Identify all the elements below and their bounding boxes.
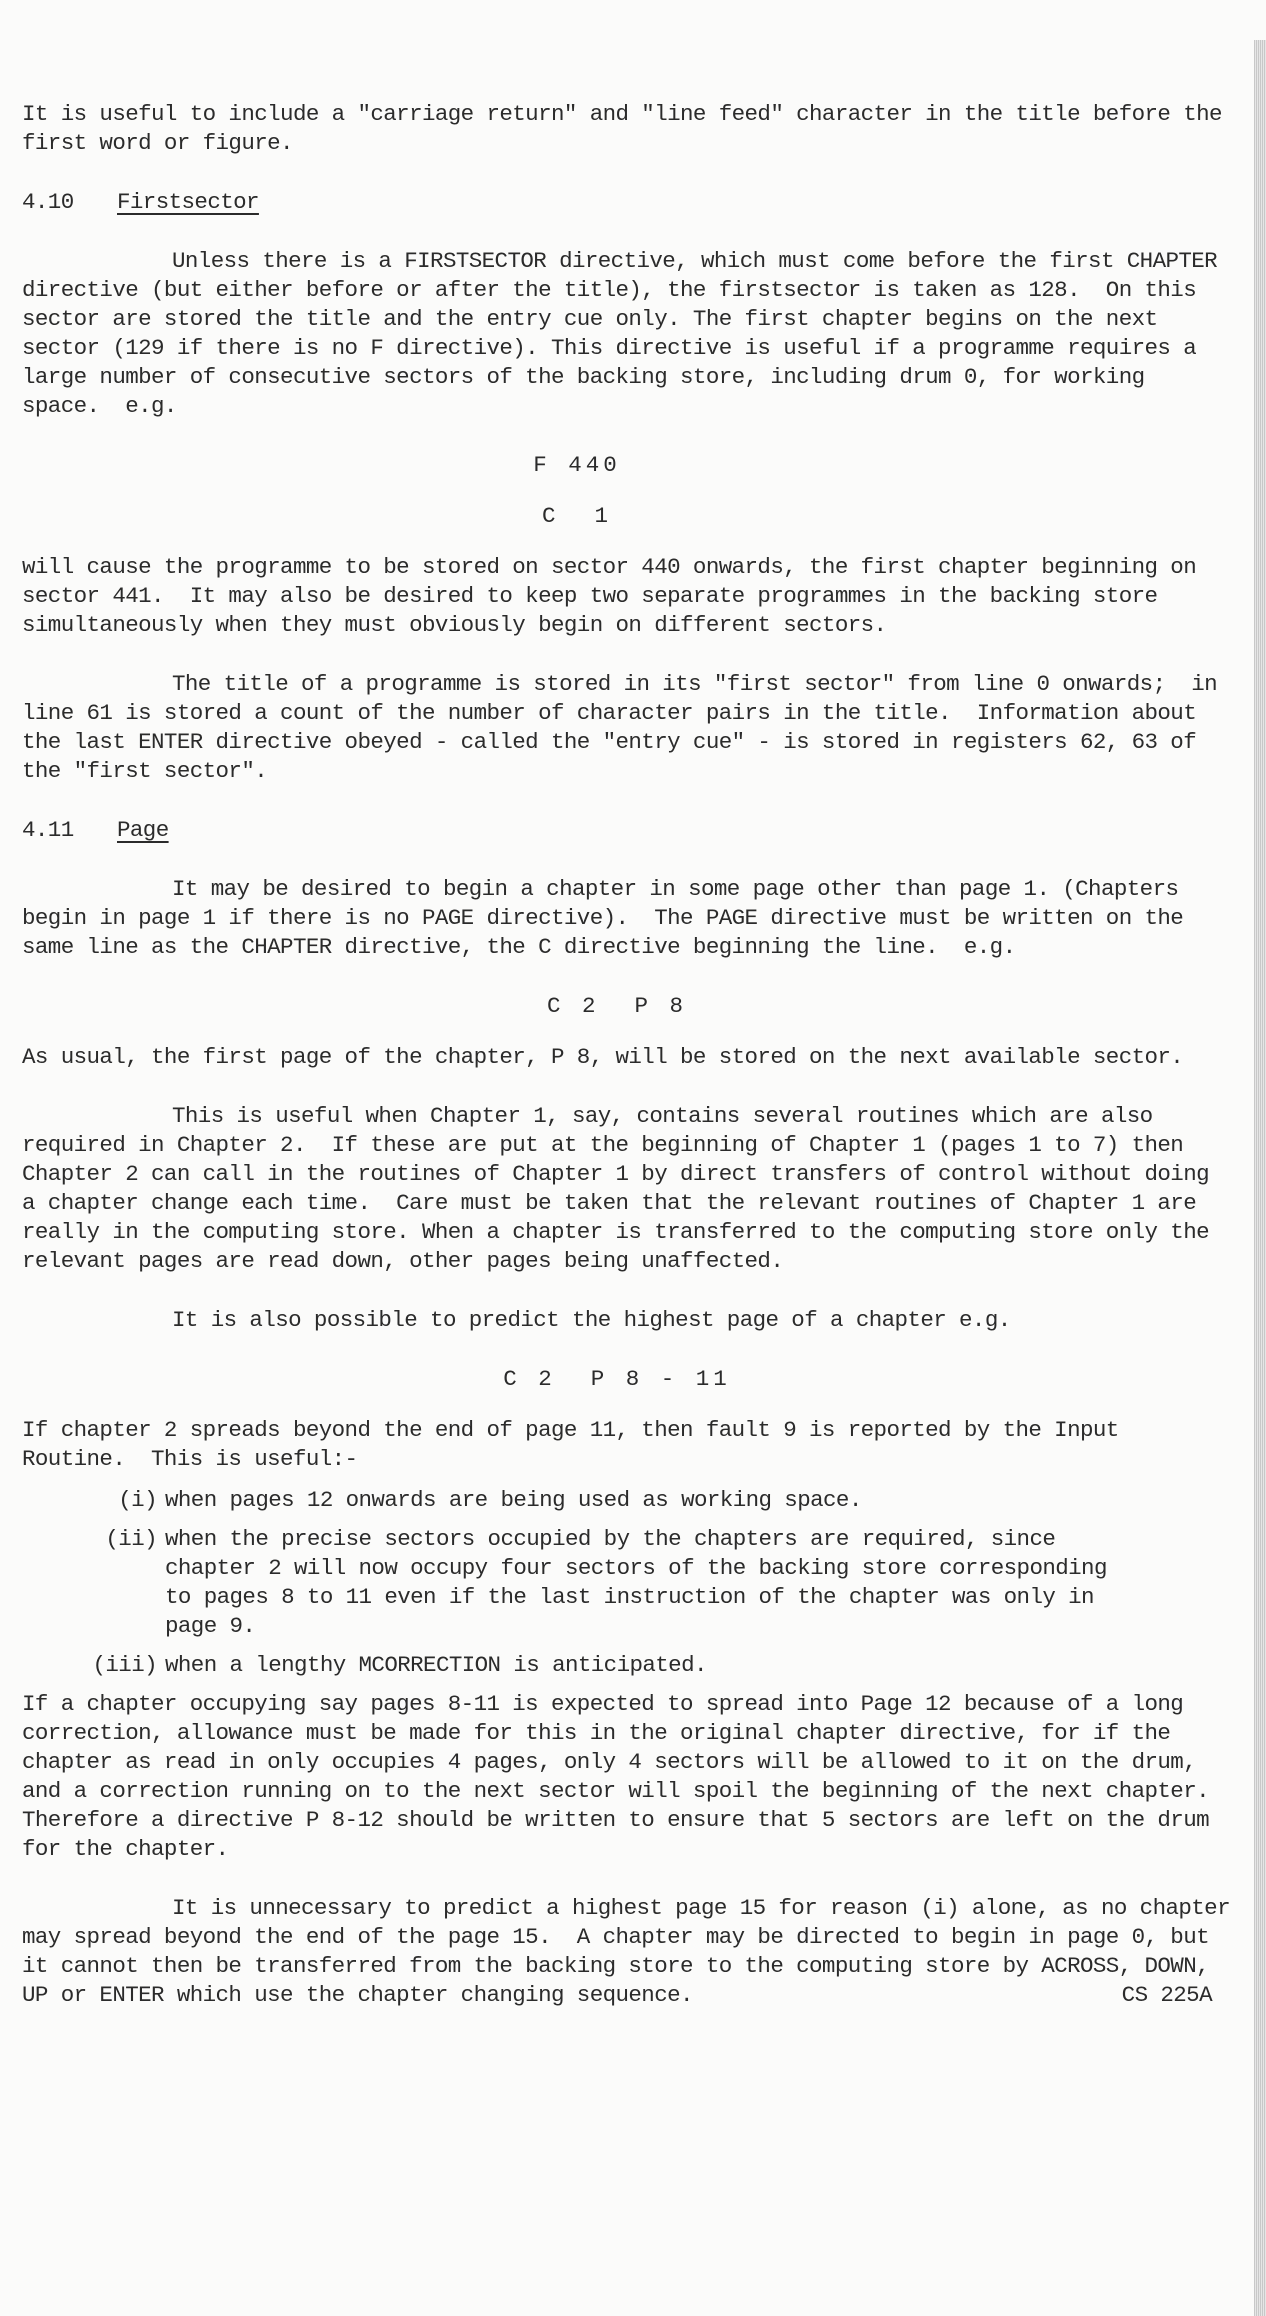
page-paragraph-2: As usual, the first page of the chapter,… <box>22 1043 1232 1072</box>
list-text: when a lengthy MCORRECTION is anticipate… <box>165 1651 1115 1680</box>
intro-paragraph: It is useful to include a "carriage retu… <box>22 100 1232 158</box>
section-title: Page <box>117 817 169 843</box>
page-paragraph-5: If chapter 2 spreads beyond the end of p… <box>22 1416 1232 1474</box>
list-marker: (iii) <box>22 1651 165 1680</box>
section-heading-firstsector: 4.10Firstsector <box>22 188 1232 217</box>
firstsector-paragraph-2: will cause the programme to be stored on… <box>22 553 1232 640</box>
section-title: Firstsector <box>117 189 259 215</box>
list-text: when the precise sectors occupied by the… <box>165 1525 1115 1641</box>
list-marker: (i) <box>22 1486 165 1515</box>
scanned-page-edge <box>1254 40 1266 2316</box>
document-reference: CS 225A <box>1122 1981 1232 2010</box>
usefulness-list: (i) when pages 12 onwards are being used… <box>22 1486 1232 1680</box>
page-paragraph-3: This is useful when Chapter 1, say, cont… <box>22 1102 1232 1276</box>
section-number: 4.11 <box>22 816 117 845</box>
code-example-c2-p8-11: C 2 P 8 - 11 <box>22 1365 1232 1394</box>
list-item: (i) when pages 12 onwards are being used… <box>22 1486 1232 1515</box>
firstsector-paragraph-3: The title of a programme is stored in it… <box>22 670 1232 786</box>
page-paragraph-6: If a chapter occupying say pages 8-11 is… <box>22 1690 1232 1864</box>
section-number: 4.10 <box>22 188 117 217</box>
code-example-c1: C 1 <box>0 502 1232 531</box>
list-item: (iii) when a lengthy MCORRECTION is anti… <box>22 1651 1232 1680</box>
list-text: when pages 12 onwards are being used as … <box>165 1486 1115 1515</box>
page-paragraph-1: It may be desired to begin a chapter in … <box>22 875 1232 962</box>
document-page: It is useful to include a "carriage retu… <box>22 100 1232 2010</box>
section-heading-page: 4.11Page <box>22 816 1232 845</box>
list-marker: (ii) <box>22 1525 165 1641</box>
list-item: (ii) when the precise sectors occupied b… <box>22 1525 1232 1641</box>
firstsector-paragraph-1: Unless there is a FIRSTSECTOR directive,… <box>22 247 1232 421</box>
page-paragraph-7: It is unnecessary to predict a highest p… <box>22 1894 1232 2010</box>
code-example-f440: F 440 <box>0 451 1232 480</box>
page-paragraph-4: It is also possible to predict the highe… <box>22 1306 1232 1335</box>
code-example-c2-p8: C 2 P 8 <box>22 992 1232 1021</box>
